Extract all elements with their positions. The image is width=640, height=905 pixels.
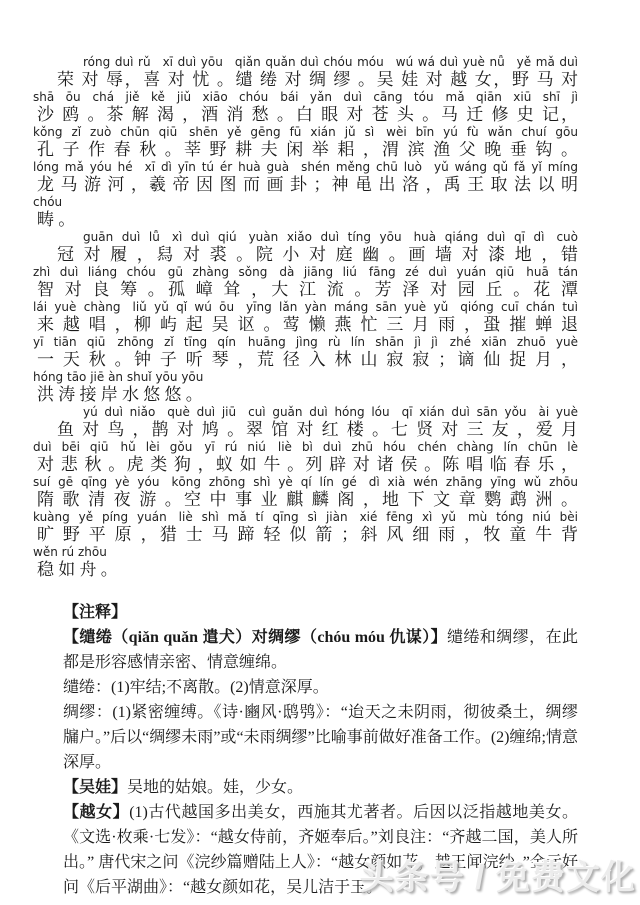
note-paragraph: 缱绻：(1)牢结;不离散。(2)情意深厚。 (63, 675, 578, 700)
note-headword: 【吴娃】 (63, 779, 127, 796)
poem-line-pair: róng duì rǔ xī duì yōu qiǎn quǎn duì chó… (33, 55, 578, 90)
pinyin-line: lái yuè chàng liǔ yǔ qǐ wú ōu yīng lǎn y… (33, 300, 578, 314)
poem-line-pair: wěn rú zhōu 稳 如 舟 。 (33, 545, 578, 580)
note-headword: 【越女】 (63, 804, 129, 821)
annotations-title: 【注释】 (63, 600, 578, 625)
poem-line-pair: guān duì lǚ xì duì qiú yuàn xiǎo duì tín… (33, 230, 578, 265)
note-paragraph: 绸缪：(1)紧密缠缚。《诗·豳风·鸱鸮》：“迨天之未阴雨，彻彼桑土，绸缪牖户。”… (63, 700, 578, 775)
poem-line-pair: zhì duì liáng chóu gū zhàng sǒng dà jiān… (33, 265, 578, 300)
hanzi-line: 冠 对 履 ，舄 对 裘 。院 小 对 庭 幽 。画 墙 对 漆 地 ，错 (33, 244, 578, 265)
hanzi-line: 旷 野 平 原 ，猎 士 马 蹄 轻 似 箭 ；斜 风 细 雨 ，牧 童 牛 背 (33, 524, 578, 545)
note-body: 吴地的姑娘。娃，少女。 (127, 779, 303, 796)
pinyin-line: guān duì lǚ xì duì qiú yuàn xiǎo duì tín… (33, 230, 578, 244)
hanzi-line: 洪 涛 接 岸 水 悠 悠 。 (33, 384, 578, 405)
pinyin-line: suí gē qīng yè yóu kōng zhōng shì yè qí … (33, 475, 578, 489)
poem-section: róng duì rǔ xī duì yōu qiǎn quǎn duì chó… (0, 0, 640, 580)
poem-line-pair: hóng tāo jiē àn shuǐ yōu yōu 洪 涛 接 岸 水 悠… (33, 370, 578, 405)
poem-line-pair: lóng mǎ yóu hé xī dì yīn tú ér huà guà s… (33, 160, 578, 195)
pinyin-line: yú duì niǎo què duì jiū cuì guǎn duì hón… (33, 405, 578, 419)
hanzi-line: 孔 子 作 春 秋 。莘 野 耕 夫 闲 举 耜 ，渭 滨 渔 父 晚 垂 钩 … (33, 139, 578, 160)
poem-line-pair: lái yuè chàng liǔ yǔ qǐ wú ōu yīng lǎn y… (33, 300, 578, 335)
note-paragraph: 【吴娃】吴地的姑娘。娃，少女。 (63, 775, 578, 800)
pinyin-line: lóng mǎ yóu hé xī dì yīn tú ér huà guà s… (33, 160, 578, 174)
poem-line-pair: chóu 畴 。 (33, 195, 578, 230)
poem-line-pair: duì bēi qiū hǔ lèi gǒu yī rú niú liè bì … (33, 440, 578, 475)
note-body: 绸缪：(1)紧密缠缚。《诗·豳风·鸱鸮》：“迨天之未阴雨，彻彼桑土，绸缪牖户。”… (63, 704, 578, 771)
poem-line-pair: yú duì niǎo què duì jiū cuì guǎn duì hón… (33, 405, 578, 440)
hanzi-line: 沙 鸥 。茶 解 渴 ，酒 消 愁 。白 眼 对 苍 头 。马 迁 修 史 记， (33, 104, 578, 125)
pinyin-line: kuàng yě píng yuán liè shì mǎ tí qīng sì… (33, 510, 578, 524)
note-body: 缱绻：(1)牢结;不离散。(2)情意深厚。 (63, 679, 329, 696)
pinyin-line: wěn rú zhōu (33, 545, 578, 559)
pinyin-line: yī tiān qiū zhōng zǐ tīng qín huāng jìng… (33, 335, 578, 349)
note-paragraph: 【缱绻（qiǎn quǎn 遣犬）对绸缪（chóu móu 仇谋）】缱绻和绸缪，… (63, 625, 578, 675)
poem-line-pair: shā ōu chá jiě kě jiǔ xiāo chóu bái yǎn … (33, 90, 578, 125)
hanzi-line: 稳 如 舟 。 (33, 559, 578, 580)
pinyin-line: róng duì rǔ xī duì yōu qiǎn quǎn duì chó… (33, 55, 578, 69)
pinyin-line: kǒng zǐ zuò chūn qiū shēn yě gēng fū xiá… (33, 125, 578, 139)
pinyin-line: duì bēi qiū hǔ lèi gǒu yī rú niú liè bì … (33, 440, 578, 454)
hanzi-line: 来 越 唱 ，柳 屿 起 吴 讴 。莺 懒 燕 忙 三 月 雨 ，蛩 摧 蝉 退 (33, 314, 578, 335)
note-headword: 【缱绻（qiǎn quǎn 遣犬）对绸缪（chóu móu 仇谋）】 (63, 629, 447, 646)
document-page: róng duì rǔ xī duì yōu qiǎn quǎn duì chó… (0, 0, 640, 900)
hanzi-line: 隋 歌 清 夜 游 。空 中 事 业 麒 麟 阁 ，地 下 文 章 鹦 鹉 洲 … (33, 489, 578, 510)
hanzi-line: 畴 。 (33, 209, 578, 230)
poem-line-pair: kuàng yě píng yuán liè shì mǎ tí qīng sì… (33, 510, 578, 545)
poem-line-pair: kǒng zǐ zuò chūn qiū shēn yě gēng fū xiá… (33, 125, 578, 160)
watermark-text: 头条号 / 免费文化 (360, 850, 636, 899)
hanzi-line: 智 对 良 筹 。孤 嶂 耸 ，大 江 流 。芳 泽 对 园 丘 。花 潭 (33, 279, 578, 300)
pinyin-line: zhì duì liáng chóu gū zhàng sǒng dà jiān… (33, 265, 578, 279)
pinyin-line: shā ōu chá jiě kě jiǔ xiāo chóu bái yǎn … (33, 90, 578, 104)
pinyin-line: chóu (33, 195, 578, 209)
poem-line-pair: suí gē qīng yè yóu kōng zhōng shì yè qí … (33, 475, 578, 510)
hanzi-line: 鱼 对 鸟 ，鹊 对 鸠 。翠 馆 对 红 楼 。七 贤 对 三 友 ，爱 月 (33, 419, 578, 440)
hanzi-line: 一 天 秋 。钟 子 听 琴 ，荒 径 入 林 山 寂 寂 ；谪 仙 捉 月 ， (33, 349, 578, 370)
hanzi-line: 对 悲 秋 。虎 类 狗 ，蚁 如 牛 。列 辟 对 诸 侯 。陈 唱 临 春 … (33, 454, 578, 475)
hanzi-line: 龙 马 游 河 ，羲 帝 因 图 而 画 卦 ；神 黾 出 洛 ，禹 王 取 法… (33, 174, 578, 195)
poem-line-pair: yī tiān qiū zhōng zǐ tīng qín huāng jìng… (33, 335, 578, 370)
pinyin-line: hóng tāo jiē àn shuǐ yōu yōu (33, 370, 578, 384)
hanzi-line: 荣 对 辱，喜 对 忧 。缱 绻 对 绸 缪 。吴 娃 对 越 女，野 马 对 (33, 69, 578, 90)
